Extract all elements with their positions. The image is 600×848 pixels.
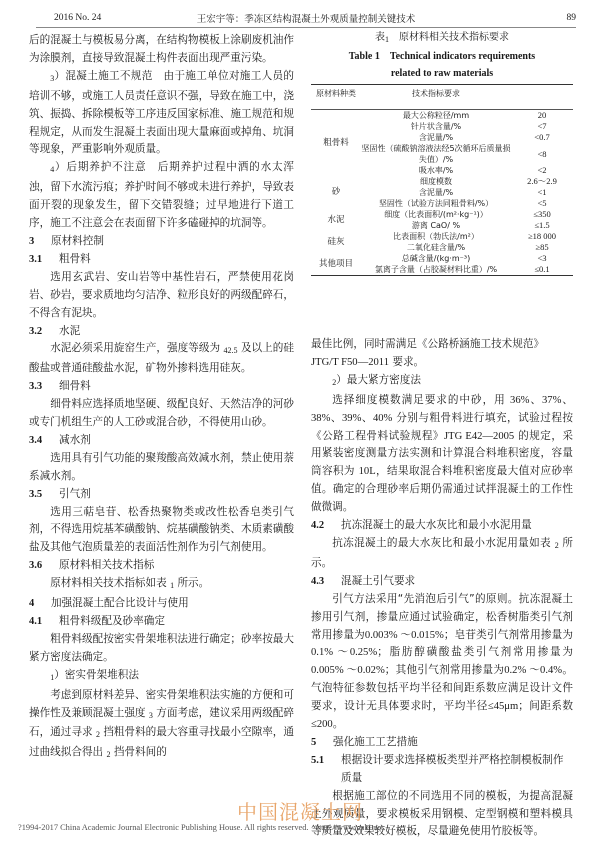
running-header: 2016 No. 24 王宏宇等：季冻区结构混凝土外观质量控制关键技术 89 xyxy=(36,10,576,26)
table-row: 硅灰比表面积（勃氏法/m²）≥18 000 xyxy=(311,231,573,242)
paragraph: 引气方法采用“先消泡后引气”的原则。抗冻混凝土掺用引气剂，掺量应通过试验确定，松… xyxy=(311,591,573,734)
section-heading-4-1: 4.1粗骨料级配及砂率确定 xyxy=(29,613,294,631)
method-heading-2: 2）最大紧方密度法 xyxy=(311,372,573,392)
paragraph: 抗冻混凝土的最大水灰比和最小水泥用量如表 2 所示。 xyxy=(311,535,573,573)
table-caption-en: Table 1 Technical indicators requirement… xyxy=(311,48,573,65)
section-heading-3: 3原材料控制 xyxy=(29,233,294,251)
section-heading-3-3: 3.3细骨料 xyxy=(29,378,294,396)
table-1: 表1 原材料相关技术指标要求 Table 1 Technical indicat… xyxy=(311,30,573,276)
table-caption-cn: 表1 原材料相关技术指标要求 xyxy=(311,30,573,48)
paragraph: 选用三萜皂苷、松香热聚物类或改性松香皂类引气剂，不得选用烷基苯磺酸钠、烷基磺酸钠… xyxy=(29,504,294,558)
paragraph: 最佳比例，同时需满足《公路桥涵施工技术规范》JTG/T F50—2011 要求。 xyxy=(311,336,573,372)
section-heading-3-1: 3.1粗骨料 xyxy=(29,251,294,269)
section-heading-4-3: 4.3混凝土引气要求 xyxy=(311,573,573,591)
paragraph: 选用具有引气功能的聚羧酸高效减水剂，禁止使用萘系减水剂。 xyxy=(29,450,294,486)
table-row: 水泥细度（比表面积/(m²·kg⁻¹)）≤350 xyxy=(311,209,573,220)
left-column: 后的混凝土与模板易分离，在结构物模板上涂刷废机油作为涂膜剂，直接导致混凝土构件表… xyxy=(29,32,294,764)
paragraph: 选用玄武岩、安山岩等中基性岩石，严禁使用花岗岩、砂岩，要求质地均匀洁净、粒形良好… xyxy=(29,269,294,323)
page-number: 89 xyxy=(567,13,577,23)
section-heading-3-4: 3.4减水剂 xyxy=(29,432,294,450)
column-header: 原材料种类 xyxy=(311,85,361,110)
table-caption-en-2: related to raw materials xyxy=(311,65,573,82)
table-row: 其他项目总碱含量/(kg·m⁻³)<3 xyxy=(311,253,573,264)
section-heading-3-2: 3.2水泥 xyxy=(29,323,294,341)
watermark: 中国混凝土网 xyxy=(0,796,600,825)
list-item-4: 4）后期养护不注意 后期养护过程中洒的水太浑浊，留下水流污痕；养护时间不够或未进… xyxy=(29,159,294,233)
copyright-footer: ?1994-2017 China Academic Journal Electr… xyxy=(18,823,383,832)
paragraph: 考虑到原材料差异、密实骨架堆积法实施的方便和可操作性及兼顾混凝土强度 3 方面考… xyxy=(29,687,294,765)
section-heading-3-6: 3.6原材料相关技术指标 xyxy=(29,557,294,575)
table-header-row: 原材料种类 技术指标要求 xyxy=(311,85,573,110)
paragraph: 选择细度模数满足要求的中砂，用 36%、37%、38%、39%、40% 分别与粗… xyxy=(311,392,573,517)
list-item-3: 3）混凝土施工不规范 由于施工单位对施工人员的培训不够，或施工人员责任意识不强，… xyxy=(29,68,294,160)
table-row: 粗骨料最大公称粒径/mm20 xyxy=(311,110,573,122)
paragraph: 后的混凝土与模板易分离，在结构物模板上涂刷废机油作为涂膜剂，直接导致混凝土构件表… xyxy=(29,32,294,68)
raw-materials-table: 原材料种类 技术指标要求 粗骨料最大公称粒径/mm20 针片状含量/%<7 含泥… xyxy=(311,84,573,276)
column-header: 技术指标要求 xyxy=(361,85,511,110)
method-heading-1: 1）密实骨架堆积法 xyxy=(29,667,294,687)
header-divider xyxy=(36,27,576,28)
section-heading-5-1: 5.1根据设计要求选择模板类型并严格控制模板制作质量 xyxy=(311,752,573,788)
running-title: 王宏宇等：季冻区结构混凝土外观质量控制关键技术 xyxy=(36,11,576,25)
paragraph: 原材料相关技术指标如表 1 所示。 xyxy=(29,575,294,595)
section-heading-4-2: 4.2抗冻混凝土的最大水灰比和最小水泥用量 xyxy=(311,517,573,535)
section-heading-3-5: 3.5引气剂 xyxy=(29,486,294,504)
paragraph: 水泥必须采用旋窑生产，强度等级为 42.5 及以上的硅酸盐或普通硅酸盐水泥，矿物… xyxy=(29,340,294,378)
paragraph: 粗骨料级配按密实骨架堆积法进行确定；砂率按最大紧方密度法确定。 xyxy=(29,631,294,667)
section-heading-5: 5强化施工工艺措施 xyxy=(311,734,573,752)
right-column: 最佳比例，同时需满足《公路桥涵施工技术规范》JTG/T F50—2011 要求。… xyxy=(311,336,573,841)
section-heading-4: 4加强混凝土配合比设计与使用 xyxy=(29,595,294,613)
column-header xyxy=(511,85,573,110)
table-row: 砂细度模数2.6～2.9 xyxy=(311,176,573,187)
paragraph: 细骨料应选择质地坚硬、级配良好、天然洁净的河砂或专门机组生产的人工砂或混合砂，不… xyxy=(29,396,294,432)
